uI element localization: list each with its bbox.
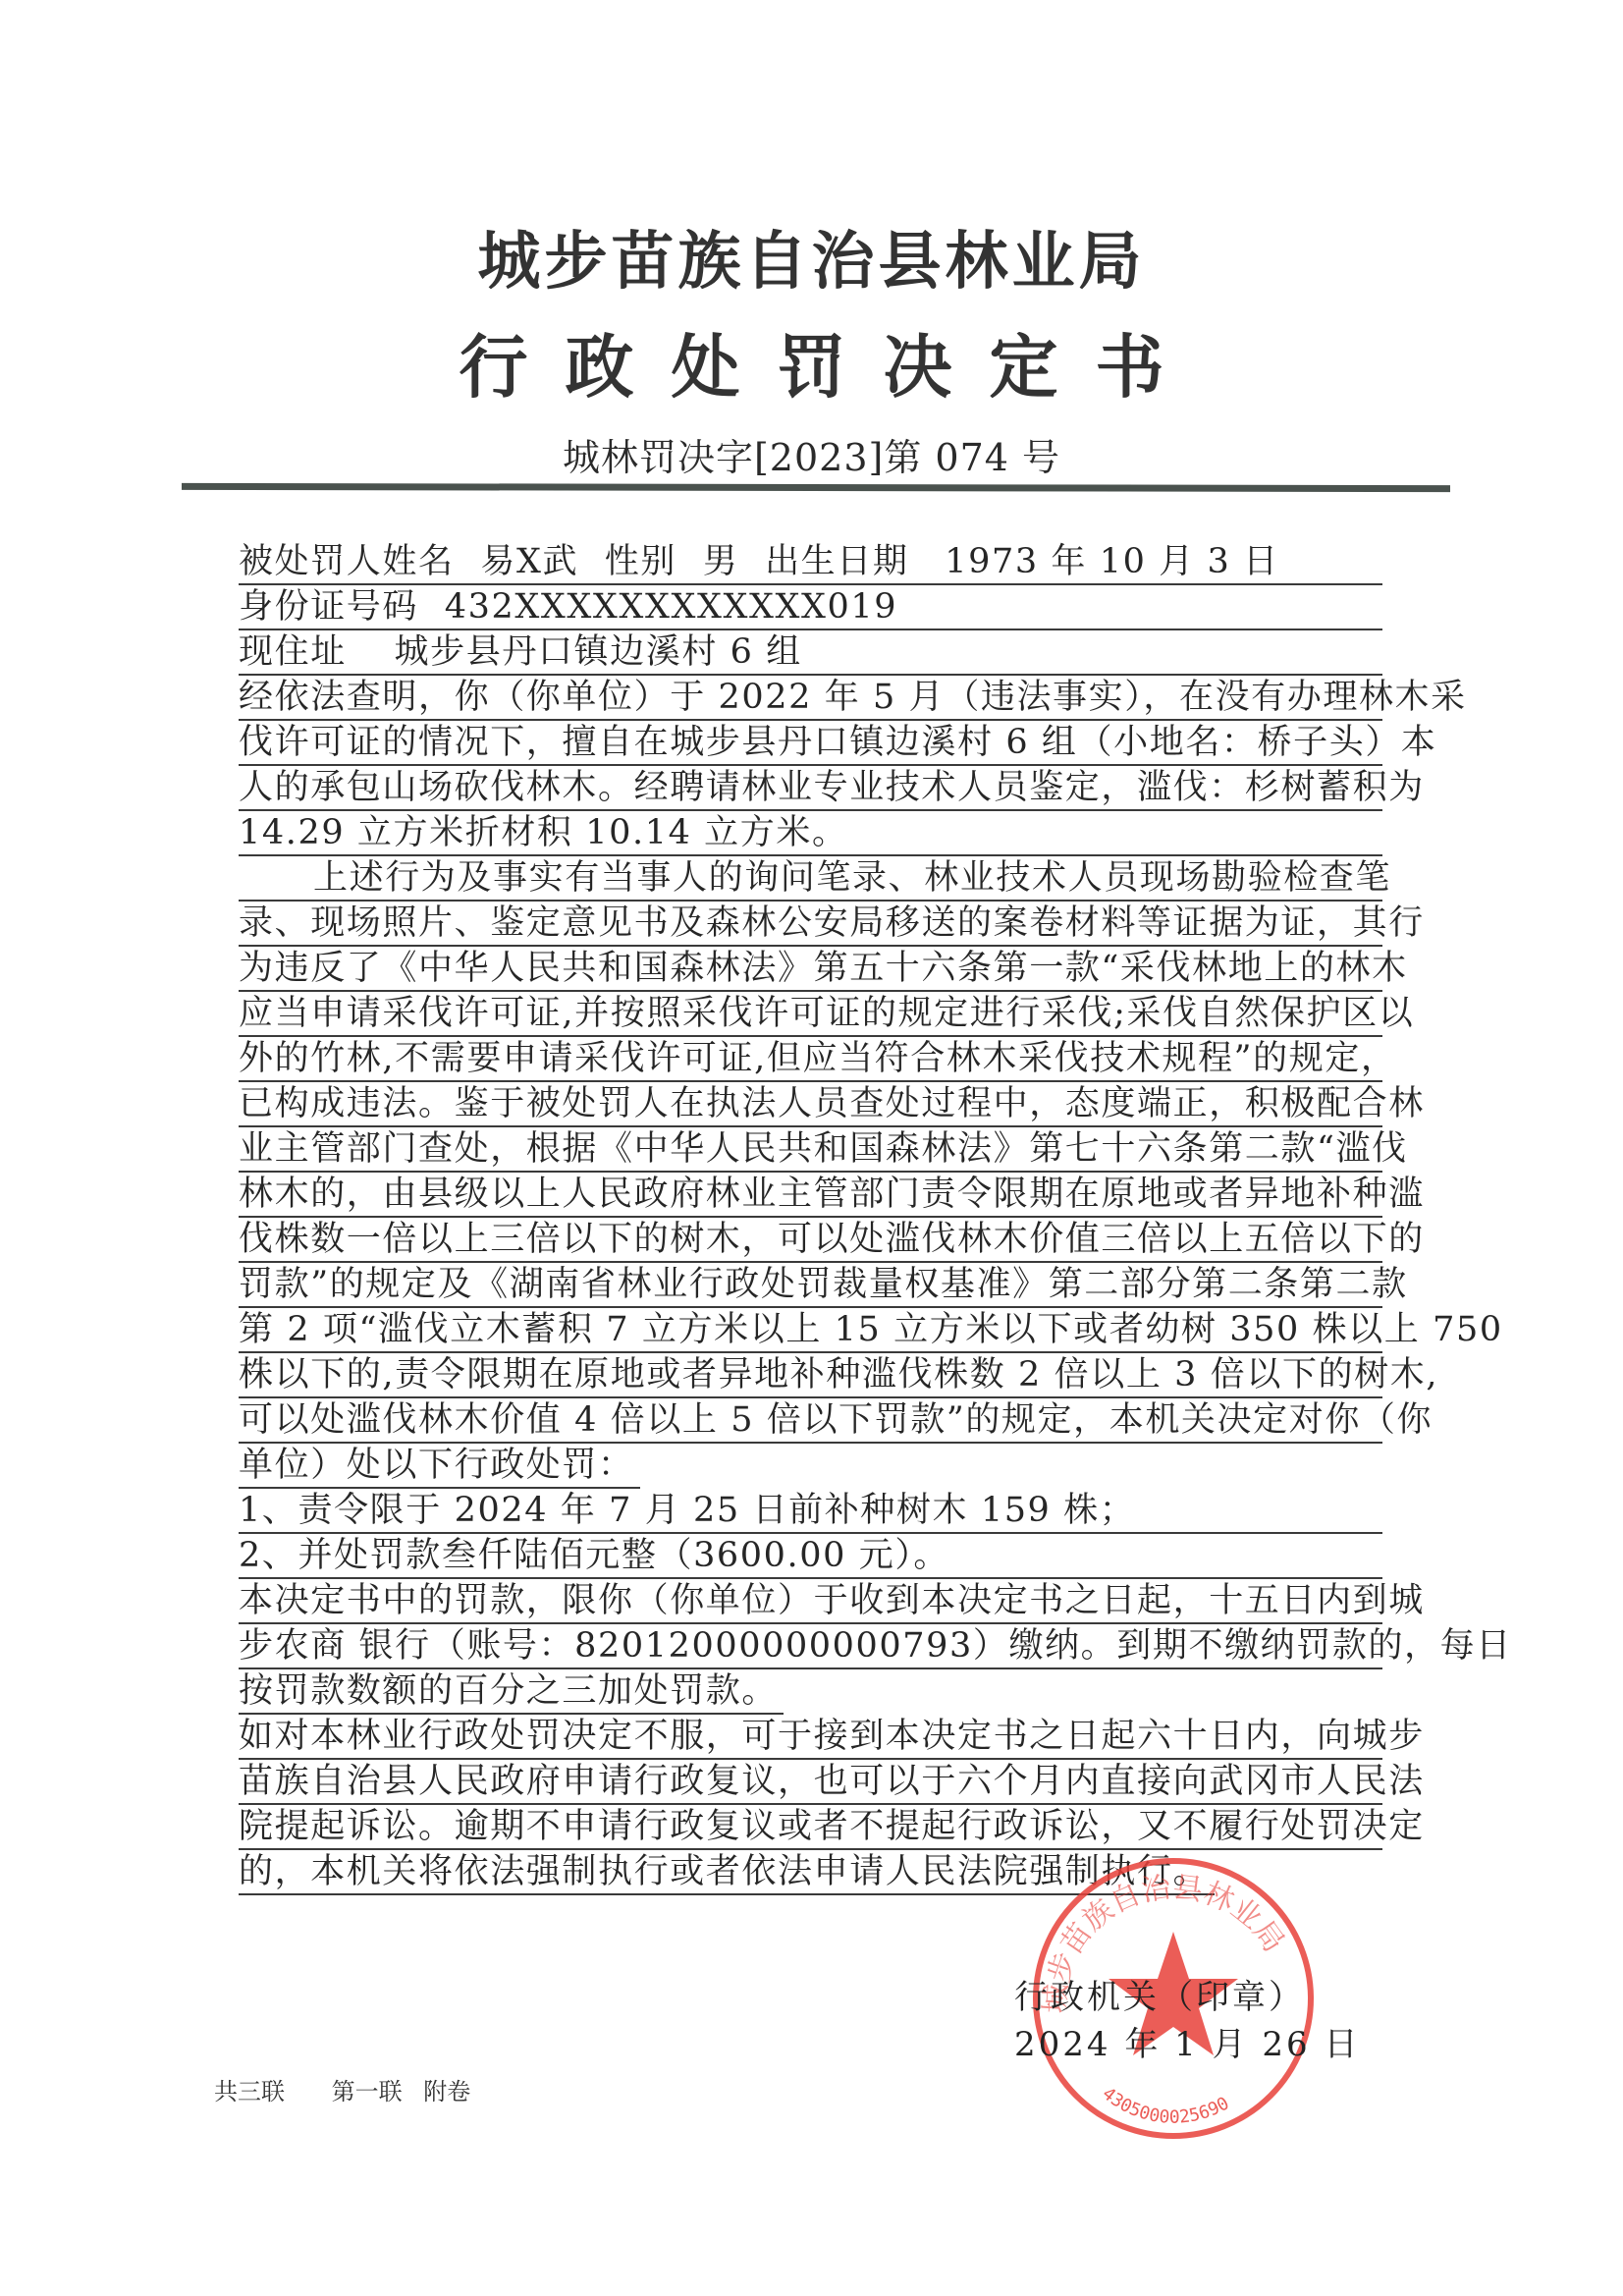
body-line: 1、责令限于 2024 年 7 月 25 日前补种树木 159 株； — [239, 1489, 1392, 1534]
body-line-text: 人的承包山场砍伐林木。经聘请林业专业技术人员鉴定，滥伐：杉树蓄积为 — [239, 768, 1425, 807]
body-line-text: 录、现场照片、鉴定意见书及森林公安局移送的案卷材料等证据为证，其行 — [239, 903, 1425, 943]
party-birth-date: 1973 年 10 月 3 日 — [945, 542, 1279, 581]
party-name: 易X武 — [480, 542, 578, 581]
footer-copy-index: 第一联 — [332, 2078, 403, 2105]
body-line-text: 本决定书中的罚款，限你（你单位）于收到本决定书之日起，十五日内到城 — [239, 1581, 1425, 1620]
footer-copies: 共三联 — [214, 2078, 285, 2105]
body-line: 本决定书中的罚款，限你（你单位）于收到本决定书之日起，十五日内到城 — [239, 1579, 1392, 1624]
body-line-text: 2、并处罚款叁仟陆佰元整（3600.00 元）。 — [239, 1536, 949, 1575]
body-line: 罚款”的规定及《湖南省林业行政处罚裁量权基准》第二部分第二条第二款 — [239, 1263, 1392, 1308]
signature-date: 2024 年 1 月 26 日 — [1014, 2021, 1360, 2068]
body-line: 林木的，由县级以上人民政府林业主管部门责令限期在原地或者异地补种滥 — [239, 1173, 1392, 1218]
body-line: 伐株数一倍以上三倍以下的树木，可以处滥伐林木价值三倍以上五倍以下的 — [239, 1218, 1392, 1263]
document-title: 行政处罚决定书 — [0, 312, 1623, 411]
body-line-text: 株以下的,责令限期在原地或者异地补种滥伐株数 2 倍以上 3 倍以下的树木, — [239, 1355, 1438, 1394]
seal-code: 4305000025690 — [1099, 2083, 1233, 2127]
body-line: 上述行为及事实有当事人的询问笔录、林业技术人员现场勘验检查笔 — [239, 856, 1392, 902]
body-line-text: 业主管部门查处，根据《中华人民共和国森林法》第七十六条第二款“滥伐 — [239, 1129, 1408, 1169]
signature-block: 行政机关（印章） 2024 年 1 月 26 日 — [1014, 1974, 1360, 2068]
birth-label: 出生日期 — [765, 542, 908, 581]
body-line: 可以处滥伐林木价值 4 倍以上 5 倍以下罚款”的规定，本机关决定对你（你 — [239, 1398, 1392, 1444]
body-line-text: 1、责令限于 2024 年 7 月 25 日前补种树木 159 株； — [239, 1491, 1135, 1530]
body-line-text: 可以处滥伐林木价值 4 倍以上 5 倍以下罚款”的规定，本机关决定对你（你 — [239, 1400, 1433, 1440]
body-line-text: 伐株数一倍以上三倍以下的树木，可以处滥伐林木价值三倍以上五倍以下的 — [239, 1220, 1425, 1259]
body-line-text: 林木的，由县级以上人民政府林业主管部门责令限期在原地或者异地补种滥 — [239, 1175, 1425, 1214]
body-line: 单位）处以下行政处罚： — [239, 1444, 1392, 1489]
body-line: 外的竹林,不需要申请采伐许可证,但应当符合林木采伐技术规程”的规定， — [239, 1037, 1392, 1082]
body-paragraphs: 经依法查明，你（你单位）于 2022 年 5 月（违法事实），在没有办理林木采伐… — [239, 676, 1392, 1895]
body-line: 14.29 立方米折材积 10.14 立方米。 — [239, 811, 1392, 856]
svg-text:4305000025690: 4305000025690 — [1099, 2083, 1233, 2127]
party-id-number: 432XXXXXXXXXXXX019 — [445, 587, 897, 627]
body-line-text: 14.29 立方米折材积 10.14 立方米。 — [239, 813, 848, 852]
body-line: 已构成违法。鉴于被处罚人在执法人员查处过程中，态度端正，积极配合林 — [239, 1082, 1392, 1127]
body-line: 2、并处罚款叁仟陆佰元整（3600.00 元）。 — [239, 1534, 1392, 1579]
body-line-text: 如对本林业行政处罚决定不服，可于接到本决定书之日起六十日内，向城步 — [239, 1717, 1425, 1756]
body-line: 经依法查明，你（你单位）于 2022 年 5 月（违法事实），在没有办理林木采 — [239, 676, 1392, 721]
body-line-text: 伐许可证的情况下，擅自在城步县丹口镇边溪村 6 组（小地名：桥子头）本 — [239, 723, 1437, 762]
body-line-text: 为违反了《中华人民共和国森林法》第五十六条第一款“采伐林地上的林木 — [239, 949, 1408, 988]
body-line-text: 单位）处以下行政处罚： — [239, 1446, 634, 1485]
body-line: 步农商 银行（账号：82012000000000793）缴纳。到期不缴纳罚款的，… — [239, 1624, 1392, 1669]
body-line: 苗族自治县人民政府申请行政复议，也可以于六个月内直接向武冈市人民法 — [239, 1760, 1392, 1805]
body-line-text: 苗族自治县人民政府申请行政复议，也可以于六个月内直接向武冈市人民法 — [239, 1762, 1425, 1801]
body-line: 院提起诉讼。逾期不申请行政复议或者不提起行政诉讼，又不履行处罚决定 — [239, 1805, 1392, 1850]
party-id-line: 身份证号码 432XXXXXXXXXXXX019 — [239, 585, 1392, 630]
body-line: 按罚款数额的百分之三加处罚款。 — [239, 1669, 1392, 1715]
body-line: 录、现场照片、鉴定意见书及森林公安局移送的案卷材料等证据为证，其行 — [239, 902, 1392, 947]
footer-purpose: 附卷 — [423, 2078, 470, 2105]
body-line: 业主管部门查处，根据《中华人民共和国森林法》第七十六条第二款“滥伐 — [239, 1127, 1392, 1173]
body-line-text: 上述行为及事实有当事人的询问笔录、林业技术人员现场勘验检查笔 — [313, 858, 1391, 898]
party-gender: 男 — [703, 542, 739, 581]
body-line: 人的承包山场砍伐林木。经聘请林业专业技术人员鉴定，滥伐：杉树蓄积为 — [239, 766, 1392, 811]
header-rule — [182, 483, 1450, 492]
document-body: 被处罚人姓名 易X武 性别 男 出生日期 1973 年 10 月 3 日 身份证… — [239, 540, 1392, 1895]
body-line-text: 步农商 银行（账号：82012000000000793）缴纳。到期不缴纳罚款的，… — [239, 1626, 1512, 1666]
body-line: 应当申请采伐许可证,并按照采伐许可证的规定进行采伐;采伐自然保护区以 — [239, 992, 1392, 1037]
address-label: 现住址 — [239, 632, 347, 672]
footer-note: 共三联 第一联 附卷 — [214, 2072, 496, 2106]
name-label: 被处罚人姓名 — [239, 542, 455, 581]
body-line: 第 2 项“滥伐立木蓄积 7 立方米以上 15 立方米以下或者幼树 350 株以… — [239, 1308, 1392, 1353]
body-line: 为违反了《中华人民共和国森林法》第五十六条第一款“采伐林地上的林木 — [239, 947, 1392, 992]
body-line: 株以下的,责令限期在原地或者异地补种滥伐株数 2 倍以上 3 倍以下的树木, — [239, 1353, 1392, 1398]
party-address: 城步县丹口镇边溪村 6 组 — [395, 632, 802, 672]
document-number: 城林罚决字[2023]第 074 号 — [0, 427, 1623, 481]
body-line-text: 第 2 项“滥伐立木蓄积 7 立方米以上 15 立方米以下或者幼树 350 株以… — [239, 1310, 1503, 1349]
body-line-text: 按罚款数额的百分之三加处罚款。 — [239, 1671, 778, 1711]
body-line-text: 经依法查明，你（你单位）于 2022 年 5 月（违法事实），在没有办理林木采 — [239, 678, 1467, 717]
party-address-line: 现住址 城步县丹口镇边溪村 6 组 — [239, 630, 1392, 676]
body-line-text: 已构成违法。鉴于被处罚人在执法人员查处过程中，态度端正，积极配合林 — [239, 1084, 1425, 1123]
body-line: 如对本林业行政处罚决定不服，可于接到本决定书之日起六十日内，向城步 — [239, 1715, 1392, 1760]
gender-label: 性别 — [605, 542, 676, 581]
signature-label: 行政机关（印章） — [1014, 1974, 1360, 2021]
body-line-text: 应当申请采伐许可证,并按照采伐许可证的规定进行采伐;采伐自然保护区以 — [239, 994, 1414, 1033]
body-line-text: 罚款”的规定及《湖南省林业行政处罚裁量权基准》第二部分第二条第二款 — [239, 1265, 1408, 1304]
organization-title: 城步苗族自治县林业局 — [0, 211, 1623, 301]
body-line-text: 外的竹林,不需要申请采伐许可证,但应当符合林木采伐技术规程”的规定， — [239, 1039, 1397, 1078]
body-line: 伐许可证的情况下，擅自在城步县丹口镇边溪村 6 组（小地名：桥子头）本 — [239, 721, 1392, 766]
id-label: 身份证号码 — [239, 587, 418, 627]
body-line-text: 院提起诉讼。逾期不申请行政复议或者不提起行政诉讼，又不履行处罚决定 — [239, 1807, 1425, 1846]
party-name-line: 被处罚人姓名 易X武 性别 男 出生日期 1973 年 10 月 3 日 — [239, 540, 1392, 585]
